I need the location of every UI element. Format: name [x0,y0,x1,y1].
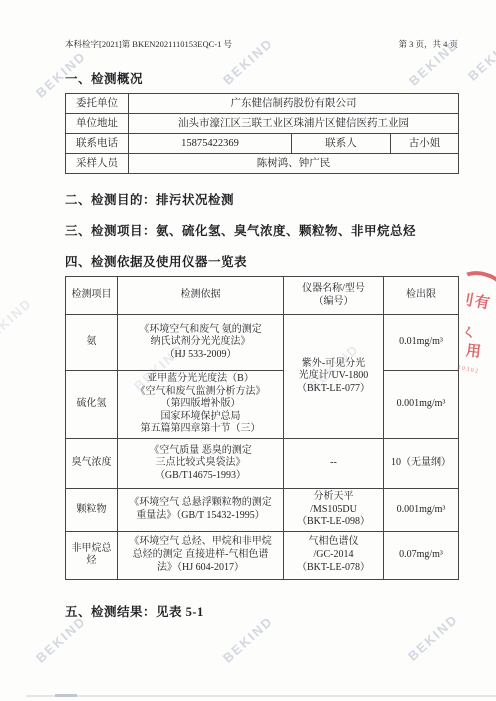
item-name: 颗粒物 [66,488,118,531]
contact-label: 联系人 [292,134,391,154]
section-1-title: 一、检测概况 [65,69,458,87]
instrument-cell: -- [284,438,384,488]
client-label: 委托单位 [66,94,129,114]
item-name: 氨 [66,315,118,371]
seal-text-top: 刂有 [457,287,492,313]
bekind-watermark: BEKIND [465,31,496,84]
seal-text-mid: く [461,321,477,342]
method-basis: 《环境空气 总悬浮颗粒物的测定 重量法》（GB/T 15432-1995） [118,488,284,531]
method-basis: 《环境空气 总烃、甲烷和非甲烷 总烃的测定 直接进样-气相色谱 法》（HJ 60… [118,531,284,579]
col-header-limit: 检出限 [384,277,459,315]
method-basis: 亚甲蓝分光光度法（B） 《空气和废气监测分析方法》 （第四版增补版） 国家环境保… [118,371,284,439]
section-3-title: 三、检测项目：氨、硫化氢、臭气浓度、颗粒物、非甲烷总烃 [65,221,458,239]
report-page: BEKIND BEKIND BEKIND BEKIND BEKIND BEKIN… [0,0,496,701]
bekind-watermark: BEKIND [33,613,89,666]
document-number: 本科检字[2021]第 BKEN2021110153EQC-1 号 [65,38,232,50]
bekind-watermark: BEKIND [0,295,35,348]
instrument-cell: 气相色谱仪 /GC-2014 （BKT-LE-078） [284,531,384,579]
detection-limit: 0.001mg/m³ [384,371,459,439]
table-header-row: 检测项目 检测依据 仪器名称/型号 （编号） 检出限 [66,277,459,315]
phone-value: 15875422369 [129,134,292,154]
section-2-title: 二、检测目的：排污状况检测 [65,190,458,208]
instrument-cell: 分析天平 /MS105DU （BKT-LE-098） [284,488,384,531]
table-row: 单位地址 汕头市濠江区三联工业区珠浦片区健信医药工业园 [66,114,459,134]
scan-edge-line [26,695,496,697]
col-header-instrument: 仪器名称/型号 （编号） [284,277,384,315]
method-basis: 《空气质量 恶臭的测定 三点比较式臭袋法》 （GB/T14675-1993） [118,438,284,488]
col-header-basis: 检测依据 [118,277,284,315]
table-row: 氨 《环境空气和废气 氨的测定 纳氏试剂分光光度法》 （HJ 533-2009）… [66,315,459,371]
seal-text-bottom: 用 [465,339,482,361]
red-seal-stamp: 刂有 く 用 20302 [455,266,496,394]
seal-digits: 20302 [457,365,480,376]
table-row: 联系电话 15875422369 联系人 古小姐 [66,134,459,154]
detection-limit: 0.001mg/m³ [384,488,459,531]
table-row: 采样人员 陈树鸿、钟广民 [66,154,459,174]
method-table: 检测项目 检测依据 仪器名称/型号 （编号） 检出限 氨 《环境空气和废气 氨的… [65,276,459,580]
seal-arc [455,266,496,310]
address-value: 汕头市濠江区三联工业区珠浦片区健信医药工业园 [129,114,459,134]
address-label: 单位地址 [66,114,129,134]
col-header-item: 检测项目 [66,277,118,315]
detection-limit: 0.01mg/m³ [384,315,459,371]
phone-label: 联系电话 [66,134,129,154]
table-row: 臭气浓度 《空气质量 恶臭的测定 三点比较式臭袋法》 （GB/T14675-19… [66,438,459,488]
detection-limit: 0.07mg/m³ [384,531,459,579]
table-row: 硫化氢 亚甲蓝分光光度法（B） 《空气和废气监测分析方法》 （第四版增补版） 国… [66,371,459,439]
contact-value: 古小姐 [391,134,459,154]
section-4-title: 四、检测依据及使用仪器一览表 [65,252,458,270]
page-header: 本科检字[2021]第 BKEN2021110153EQC-1 号 第 3 页，… [65,0,458,50]
method-basis: 《环境空气和废气 氨的测定 纳氏试剂分光光度法》 （HJ 533-2009） [118,315,284,371]
item-name: 硫化氢 [66,371,118,439]
item-name: 非甲烷总烃 [66,531,118,579]
client-value: 广东健信制药股份有限公司 [129,94,459,114]
table-row: 颗粒物 《环境空气 总悬浮颗粒物的测定 重量法》（GB/T 15432-1995… [66,488,459,531]
bekind-watermark: BEKIND [220,613,276,666]
scan-edge-mark [55,694,77,697]
section-5-title: 五、检测结果：见表 5-1 [65,602,458,620]
samplers-value: 陈树鸿、钟广民 [129,154,459,174]
table-row: 委托单位 广东健信制药股份有限公司 [66,94,459,114]
instrument-cell: 紫外-可见分光 光度计/UV-1800 （BKT-LE-077） [284,315,384,439]
table-row: 非甲烷总烃 《环境空气 总烃、甲烷和非甲烷 总烃的测定 直接进样-气相色谱 法》… [66,531,459,579]
detection-limit: 10（无量纲） [384,438,459,488]
overview-table: 委托单位 广东健信制药股份有限公司 单位地址 汕头市濠江区三联工业区珠浦片区健信… [65,93,459,174]
samplers-label: 采样人员 [66,154,129,174]
item-name: 臭气浓度 [66,438,118,488]
page-number: 第 3 页，共 4 页 [398,38,458,50]
